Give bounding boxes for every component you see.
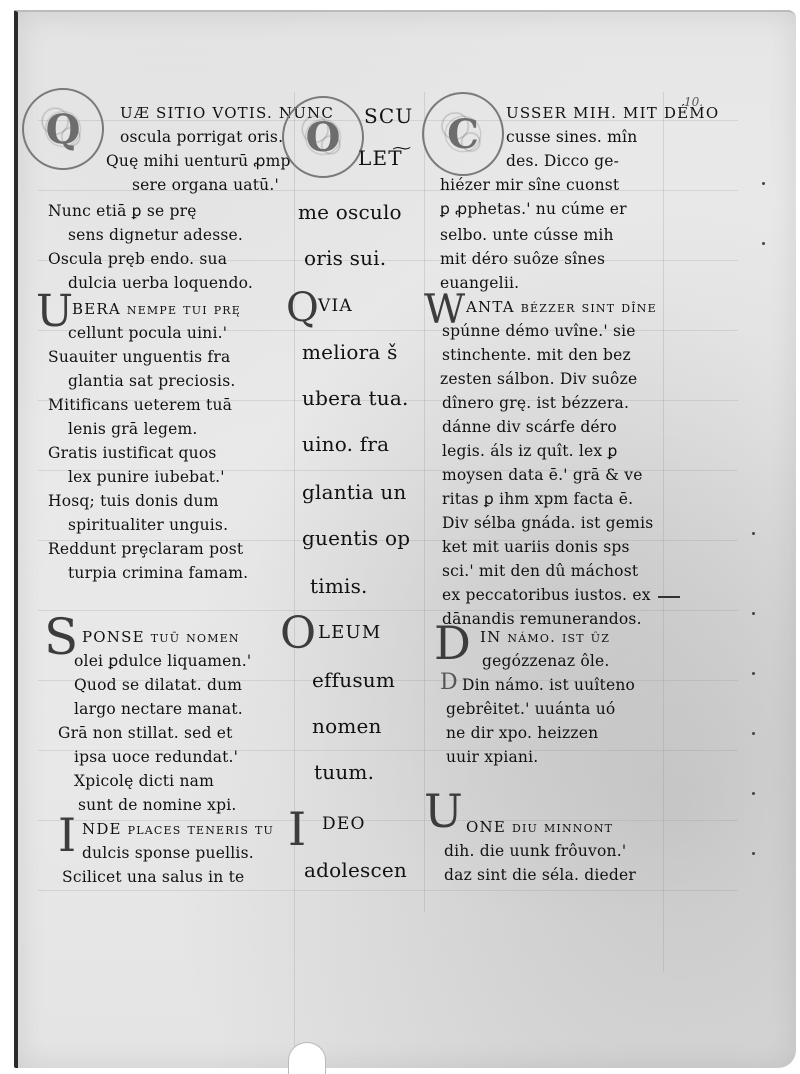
text-line: dînero grę. ist bézzera. — [442, 394, 629, 412]
text-line: cusse sines. mîn — [506, 128, 637, 146]
text-line: dánne div scárfe déro — [442, 418, 617, 436]
text-line: dānandis remunerandos. — [442, 610, 642, 628]
text-line: uino. fra — [302, 432, 389, 456]
text-line: olei ꝑdulce liquamen.' — [74, 652, 251, 670]
initial-o: O — [280, 612, 316, 656]
text-line: largo nectare manat. — [74, 700, 243, 718]
text-line: effusum — [312, 668, 395, 692]
text-line: dih. die uunk frôuvon.' — [444, 842, 626, 860]
column-rule — [663, 92, 664, 972]
text-line: ket mit uariis donis sps — [442, 538, 630, 556]
text-line: Quę mihi uenturū ꝓmp — [106, 152, 291, 170]
text-line: des. Dicco ge- — [506, 152, 619, 170]
text-line: NDE places teneris tu — [82, 820, 274, 838]
text-line: Scilicet una salus in te — [62, 868, 244, 886]
text-line: ubera tua. — [302, 386, 409, 410]
text-line: timis. — [310, 574, 368, 598]
prick-mark — [752, 732, 755, 735]
text-line: dulcis sponse puellis. — [82, 844, 254, 862]
text-line: Grā non stillat. sed et — [58, 724, 233, 742]
text-line: ritas ꝑ ihm xpm facta ē. — [442, 490, 633, 508]
prick-mark — [752, 672, 755, 675]
text-line: lenis grā legem. — [68, 420, 198, 438]
initial-d: D — [434, 620, 471, 666]
text-line: LET͠ — [358, 146, 403, 170]
text-line: Gratis iustificat quos — [48, 444, 217, 462]
text-line: hiézer mir sîne cuonst — [440, 176, 619, 194]
text-line: glantia sat preciosis. — [68, 372, 235, 390]
text-line: PONSE tuū nomen — [82, 628, 240, 646]
text-line: ANTA bézzer sint dîne — [466, 298, 657, 316]
text-line: spiritualiter unguis. — [68, 516, 228, 534]
text-line: DEO — [322, 814, 366, 834]
text-line: nomen — [312, 714, 382, 738]
text-line: tuum. — [314, 760, 374, 784]
text-line: legis. áls iz quît. lex ꝑ — [442, 442, 618, 460]
text-line: dulcia uerba loquendo. — [68, 274, 253, 292]
initial-i: I — [58, 812, 76, 858]
text-line: zesten sálbon. Div suôze — [440, 370, 637, 388]
text-line: moysen data ē.' grā & ve — [442, 466, 643, 484]
small-initial-d: D — [440, 670, 458, 695]
decorated-initial-o: O — [282, 96, 364, 178]
text-line: IN námo. ist ûz — [480, 628, 610, 646]
ruling-line — [38, 890, 738, 891]
text-line: ne dir xpo. heizzen — [446, 724, 598, 742]
prick-mark — [752, 532, 755, 535]
text-line: mit déro suôze sînes — [440, 250, 605, 268]
text-line: LEUM — [318, 622, 382, 643]
text-line: sunt de nomine xpi. — [78, 796, 237, 814]
prick-mark — [762, 242, 765, 245]
text-line: sens dignetur adesse. — [68, 226, 243, 244]
text-line: VIA — [318, 296, 353, 316]
text-line: Div sélba gnáda. ist gemis — [442, 514, 653, 532]
text-line: ONE diu minnont — [466, 818, 613, 836]
text-line: ipsa uoce redundat.' — [74, 748, 238, 766]
text-line: ꝑ ꝓphetas.' nu cúme er — [440, 200, 627, 218]
text-line: selbo. unte cússe mih — [440, 226, 614, 244]
text-line: guentis op — [302, 526, 410, 550]
initial-q: Q — [286, 288, 319, 328]
text-line: Oscula pręb endo. sua — [48, 250, 227, 268]
text-line: Suauiter unguentis fra — [48, 348, 230, 366]
initial-u: U — [424, 788, 463, 834]
decorated-initial-c: C — [422, 92, 504, 176]
text-line: lex punire iubebat.' — [68, 468, 225, 486]
text-line: cellunt pocula uini.' — [68, 324, 227, 342]
text-line: meliora š — [302, 340, 398, 364]
text-line: turpia crimina famam. — [68, 564, 248, 582]
text-line: stinchente. mit den bez — [442, 346, 631, 364]
text-line: sere organa uatū.' — [132, 176, 279, 194]
text-line: me osculo — [298, 200, 402, 224]
text-line: Mitificans ueterem tuā — [48, 396, 232, 414]
decorated-initial-q: Q — [22, 88, 104, 170]
text-line: oris sui. — [304, 246, 386, 270]
prick-mark — [752, 852, 755, 855]
text-line: daz sint die séla. dieder — [444, 866, 636, 884]
prick-mark — [752, 612, 755, 615]
text-line: spúnne démo uvîne.' sie — [442, 322, 636, 340]
text-line: gegózzenaz ôle. — [482, 652, 610, 670]
text-line: gebrêitet.' uuánta uó — [446, 700, 615, 718]
text-line: BERA nempe tui prę — [72, 300, 241, 318]
text-line: SCU — [364, 104, 413, 128]
text-line: glantia un — [302, 480, 406, 504]
text-line: Hosq; tuis donis dum — [48, 492, 219, 510]
page-tear — [288, 1042, 326, 1074]
line-filler-stroke — [658, 596, 680, 598]
text-line: adolescen — [304, 858, 407, 882]
text-line: uuir xpiani. — [446, 748, 538, 766]
initial-i: I — [288, 806, 306, 852]
text-line: USSER MIH. MIT DÉMO — [506, 104, 719, 122]
column-rule — [294, 92, 295, 1052]
text-line: Quod se dilatat. dum — [74, 676, 242, 694]
text-line: Xpicolę dicti nam — [74, 772, 214, 790]
text-line: Din námo. ist uuîteno — [462, 676, 635, 694]
text-line: Nunc etiā ꝑ se prę — [48, 202, 197, 220]
text-line: ex peccatoribus iustos. ex — [442, 586, 651, 604]
text-line: sci.' mit den dû máchost — [442, 562, 638, 580]
text-line: oscula porrigat oris. — [120, 128, 283, 146]
text-line: Reddunt prȩclaram post — [48, 540, 243, 558]
prick-mark — [752, 792, 755, 795]
prick-mark — [762, 182, 765, 185]
